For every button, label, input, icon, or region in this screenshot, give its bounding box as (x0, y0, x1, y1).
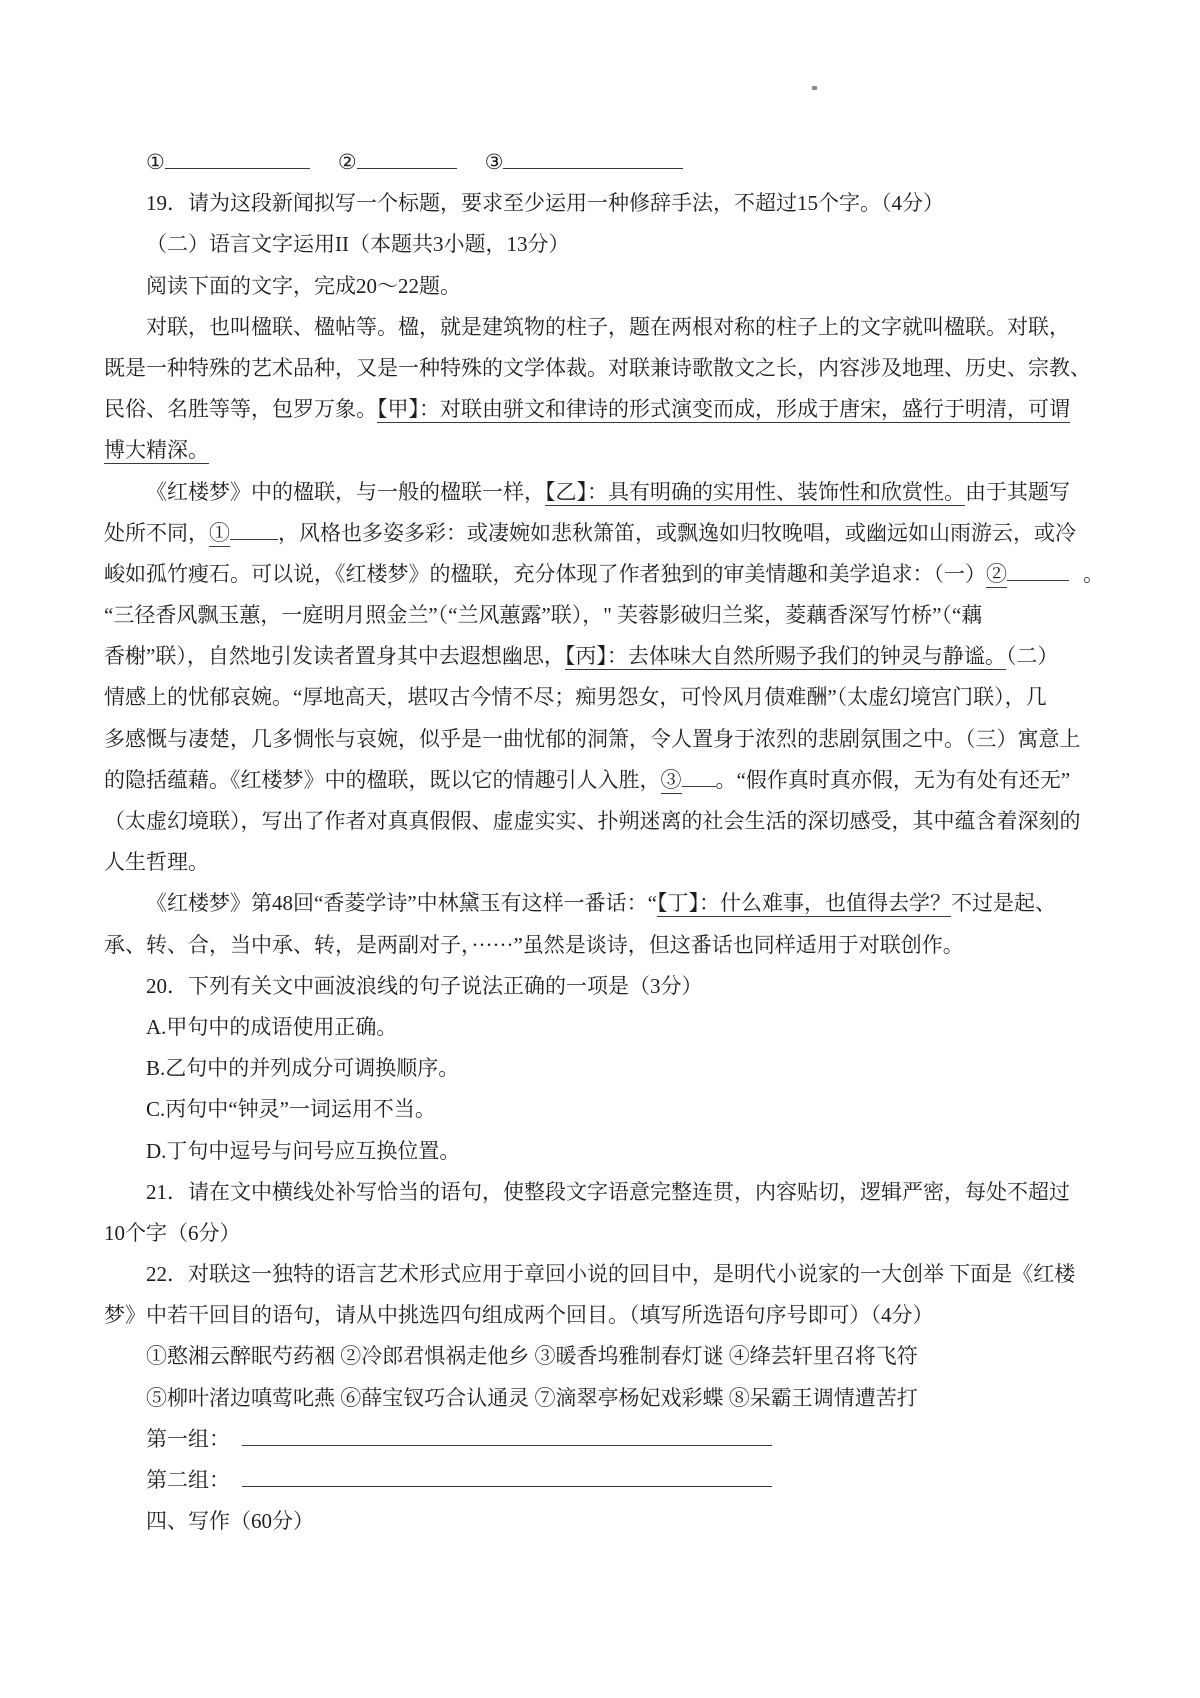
answer-blank (165, 149, 310, 169)
text-run: （太虚幻境联），写出了作者对真真假假、虚虚实实、扑朔迷离的社会生活的深切感受，其… (104, 809, 1081, 833)
text-run: 《红楼梦》中的楹联，与一般的楹联一样， (146, 480, 545, 504)
text-run: 19．请为这段新闻拟写一个标题，要求至少运用一种修辞手法，不超过15个字。（4分… (146, 191, 944, 215)
text-run: 阅读下面的文字，完成20～22题。 (146, 274, 461, 298)
text-run: “三径香风飘玉蕙，一庭明月照金兰”（“兰风蕙露”联），" 芙蓉影破归兰桨，菱藕香… (104, 603, 982, 627)
spacer (230, 1445, 242, 1446)
text-line: 四、写作（60分） (104, 1501, 1104, 1542)
text-run: 不过是起、 (951, 891, 1056, 915)
spacer (1069, 580, 1083, 581)
text-run: 香榭”联），自然地引发读者置身其中去遐想幽思， (104, 644, 565, 668)
text-run: 由于其题写 (965, 480, 1070, 504)
exam-page: ①②③19．请为这段新闻拟写一个标题，要求至少运用一种修辞手法，不超过15个字。… (0, 0, 1200, 1698)
text-line: 民俗、名胜等等，包罗万象。【甲】：对联由骈文和律诗的形式演变而成，形成于唐宋，盛… (104, 389, 1104, 430)
scan-artifact-dot (812, 86, 817, 90)
text-line: 峻如孤竹瘦石。可以说，《红楼梦》的楹联，充分体现了作者独到的审美情趣和美学追求：… (104, 554, 1104, 595)
text-line: （太虚幻境联），写出了作者对真真假假、虚虚实实、扑朔迷离的社会生活的深切感受，其… (104, 801, 1104, 842)
spacer (230, 1486, 242, 1487)
text-line: 的隐括蕴藉。《红楼梦》中的楹联，既以它的情趣引人入胜，③。“假作真时真亦假，无为… (104, 760, 1104, 801)
text-line: “三径香风飘玉蕙，一庭明月照金兰”（“兰风蕙露”联），" 芙蓉影破归兰桨，菱藕香… (104, 595, 1104, 636)
answer-blank (357, 149, 457, 169)
text-run: 峻如孤竹瘦石。可以说，《红楼梦》的楹联，充分体现了作者独到的审美情趣和美学追求：… (104, 562, 986, 586)
text-line: 香榭”联），自然地引发读者置身其中去遐想幽思，【丙】：去体味大自然所赐予我们的钟… (104, 636, 1104, 677)
answer-blank (682, 767, 716, 787)
answer-blank (242, 1426, 772, 1446)
marked-sentence-run: ① (209, 521, 230, 547)
marked-sentence-run: ② (986, 562, 1007, 588)
text-run: （二） (1006, 644, 1059, 668)
text-run: 对联，也叫楹联、楹帖等。楹，就是建筑物的柱子，题在两根对称的柱子上的文字就叫楹联… (146, 315, 1070, 339)
text-line: 22．对联这一独特的语言艺术形式应用于章回小说的回目中，是明代小说家的一大创举 … (104, 1254, 1104, 1295)
text-line: 既是一种特殊的艺术品种，又是一种特殊的文学体裁。对联兼诗歌散文之长，内容涉及地理… (104, 348, 1104, 389)
text-line: C.丙句中“钟灵”一词运用不当。 (104, 1089, 1104, 1130)
text-line: ①憨湘云醉眠芍药裀 ②冷郎君惧祸走他乡 ③暖香坞雅制春灯谜 ④绛芸轩里召将飞符 (104, 1336, 1104, 1377)
text-run: ② (338, 150, 357, 174)
marked-sentence-run: 【丁】：什么难事，也值得去学？ (657, 891, 951, 917)
text-line: A.甲句中的成语使用正确。 (104, 1007, 1104, 1048)
text-line: ①②③ (104, 142, 1104, 183)
answer-blank (242, 1467, 772, 1487)
answer-blank (1007, 561, 1069, 581)
text-line: （二）语言文字运用II（本题共3小题，13分） (104, 224, 1104, 265)
text-run: ① (146, 150, 165, 174)
text-line: 处所不同，①，风格也多姿多彩：或凄婉如悲秋箫笛，或飘逸如归牧晚唱，或幽远如山雨游… (104, 513, 1104, 554)
text-run: 21．请在文中横线处补写恰当的语句，使整段文字语意完整连贯，内容贴切，逻辑严密，… (146, 1180, 1070, 1204)
text-run: 民俗、名胜等等，包罗万象。 (104, 397, 377, 421)
answer-blank (503, 149, 683, 169)
text-line: 10个字（6分） (104, 1213, 1104, 1254)
text-line: 多感慨与凄楚，几多惆怅与哀婉，似乎是一曲忧郁的洞箫，令人置身于浓烈的悲剧氛围之中… (104, 719, 1104, 760)
text-run: 处所不同， (104, 521, 209, 545)
text-run: 22．对联这一独特的语言艺术形式应用于章回小说的回目中，是明代小说家的一大创举 … (146, 1262, 1075, 1286)
text-line: 承、转、合，当中承、转，是两副对子，······”虽然是谈诗，但这番话也同样适用… (104, 925, 1104, 966)
text-run: D.丁句中逗号与问号应互换位置。 (146, 1139, 460, 1163)
text-run: ，风格也多姿多彩：或凄婉如悲秋箫笛，或飘逸如归牧晚唱，或幽远如山雨游云，或冷 (278, 521, 1076, 545)
text-run: 承、转、合，当中承、转，是两副对子，······”虽然是谈诗，但这番话也同样适用… (104, 933, 964, 957)
text-run: 人生哲理。 (104, 850, 209, 874)
text-run: 既是一种特殊的艺术品种，又是一种特殊的文学体裁。对联兼诗歌散文之长，内容涉及地理… (104, 356, 1091, 380)
text-line: 阅读下面的文字，完成20～22题。 (104, 266, 1104, 307)
text-line: D.丁句中逗号与问号应互换位置。 (104, 1131, 1104, 1172)
text-line: 21．请在文中横线处补写恰当的语句，使整段文字语意完整连贯，内容贴切，逻辑严密，… (104, 1172, 1104, 1213)
text-run: 情感上的忧郁哀婉。“厚地高天，堪叹古今情不尽；痴男怨女，可怜风月债难酬”（太虚幻… (104, 685, 1047, 709)
marked-sentence-run: 【丙】：去体味大自然所赐予我们的钟灵与静谧。 (565, 644, 1006, 670)
text-line: 情感上的忧郁哀婉。“厚地高天，堪叹古今情不尽；痴男怨女，可怜风月债难酬”（太虚幻… (104, 677, 1104, 718)
text-line: 梦》中若干回目的语句，请从中挑选四句组成两个回目。（填写所选语句序号即可）（4分… (104, 1295, 1104, 1336)
text-run: B.乙句中的并列成分可调换顺序。 (146, 1056, 459, 1080)
text-run: 。 (1083, 562, 1104, 586)
text-run: 第一组： (146, 1427, 230, 1451)
text-line: 第一组： (104, 1419, 1104, 1460)
marked-sentence-run: 【甲】：对联由骈文和律诗的形式演变而成，形成于唐宋，盛行于明清，可谓 (377, 397, 1070, 423)
text-run: 的隐括蕴藉。《红楼梦》中的楹联，既以它的情趣引人入胜， (104, 768, 661, 792)
text-run: 。“假作真时真亦假，无为有处有还无” (716, 768, 1071, 792)
text-run: 第二组： (146, 1468, 230, 1492)
marked-sentence-run: 博大精深。 (104, 438, 209, 464)
text-line: 19．请为这段新闻拟写一个标题，要求至少运用一种修辞手法，不超过15个字。（4分… (104, 183, 1104, 224)
spacer (457, 168, 485, 169)
spacer (310, 168, 338, 169)
text-run: 20．下列有关文中画波浪线的句子说法正确的一项是（3分） (146, 974, 703, 998)
text-line: 博大精深。 (104, 430, 1104, 471)
text-line: 20．下列有关文中画波浪线的句子说法正确的一项是（3分） (104, 966, 1104, 1007)
text-line: ⑤柳叶渚边嗔莺叱燕 ⑥薛宝钗巧合认通灵 ⑦滴翠亭杨妃戏彩蝶 ⑧呆霸王调情遭苦打 (104, 1378, 1104, 1419)
text-run: 多感慨与凄楚，几多惆怅与哀婉，似乎是一曲忧郁的洞箫，令人置身于浓烈的悲剧氛围之中… (104, 727, 1081, 751)
text-line: 对联，也叫楹联、楹帖等。楹，就是建筑物的柱子，题在两根对称的柱子上的文字就叫楹联… (104, 307, 1104, 348)
text-run: ⑤柳叶渚边嗔莺叱燕 ⑥薛宝钗巧合认通灵 ⑦滴翠亭杨妃戏彩蝶 ⑧呆霸王调情遭苦打 (146, 1386, 918, 1410)
answer-blank (230, 520, 278, 540)
text-run: （二）语言文字运用II（本题共3小题，13分） (146, 232, 570, 256)
marked-sentence-run: 【乙】：具有明确的实用性、装饰性和欣赏性。 (545, 480, 965, 506)
marked-sentence-run: ③ (661, 768, 682, 794)
text-line: 《红楼梦》中的楹联，与一般的楹联一样，【乙】：具有明确的实用性、装饰性和欣赏性。… (104, 472, 1104, 513)
text-line: 第二组： (104, 1460, 1104, 1501)
text-line: 《红楼梦》第48回“香菱学诗”中林黛玉有这样一番话：“【丁】：什么难事，也值得去… (104, 883, 1104, 924)
text-run: ①憨湘云醉眠芍药裀 ②冷郎君惧祸走他乡 ③暖香坞雅制春灯谜 ④绛芸轩里召将飞符 (146, 1344, 918, 1368)
text-run: 《红楼梦》第48回“香菱学诗”中林黛玉有这样一番话：“ (146, 891, 657, 915)
text-run: A.甲句中的成语使用正确。 (146, 1015, 397, 1039)
text-run: C.丙句中“钟灵”一词运用不当。 (146, 1097, 436, 1121)
exam-text: ①②③19．请为这段新闻拟写一个标题，要求至少运用一种修辞手法，不超过15个字。… (104, 142, 1104, 1542)
text-run: 10个字（6分） (104, 1221, 241, 1245)
text-run: ③ (485, 150, 504, 174)
text-run: 梦》中若干回目的语句，请从中挑选四句组成两个回目。（填写所选语句序号即可）（4分… (104, 1303, 934, 1327)
text-line: 人生哲理。 (104, 842, 1104, 883)
text-run: 四、写作（60分） (146, 1509, 314, 1533)
text-line: B.乙句中的并列成分可调换顺序。 (104, 1048, 1104, 1089)
